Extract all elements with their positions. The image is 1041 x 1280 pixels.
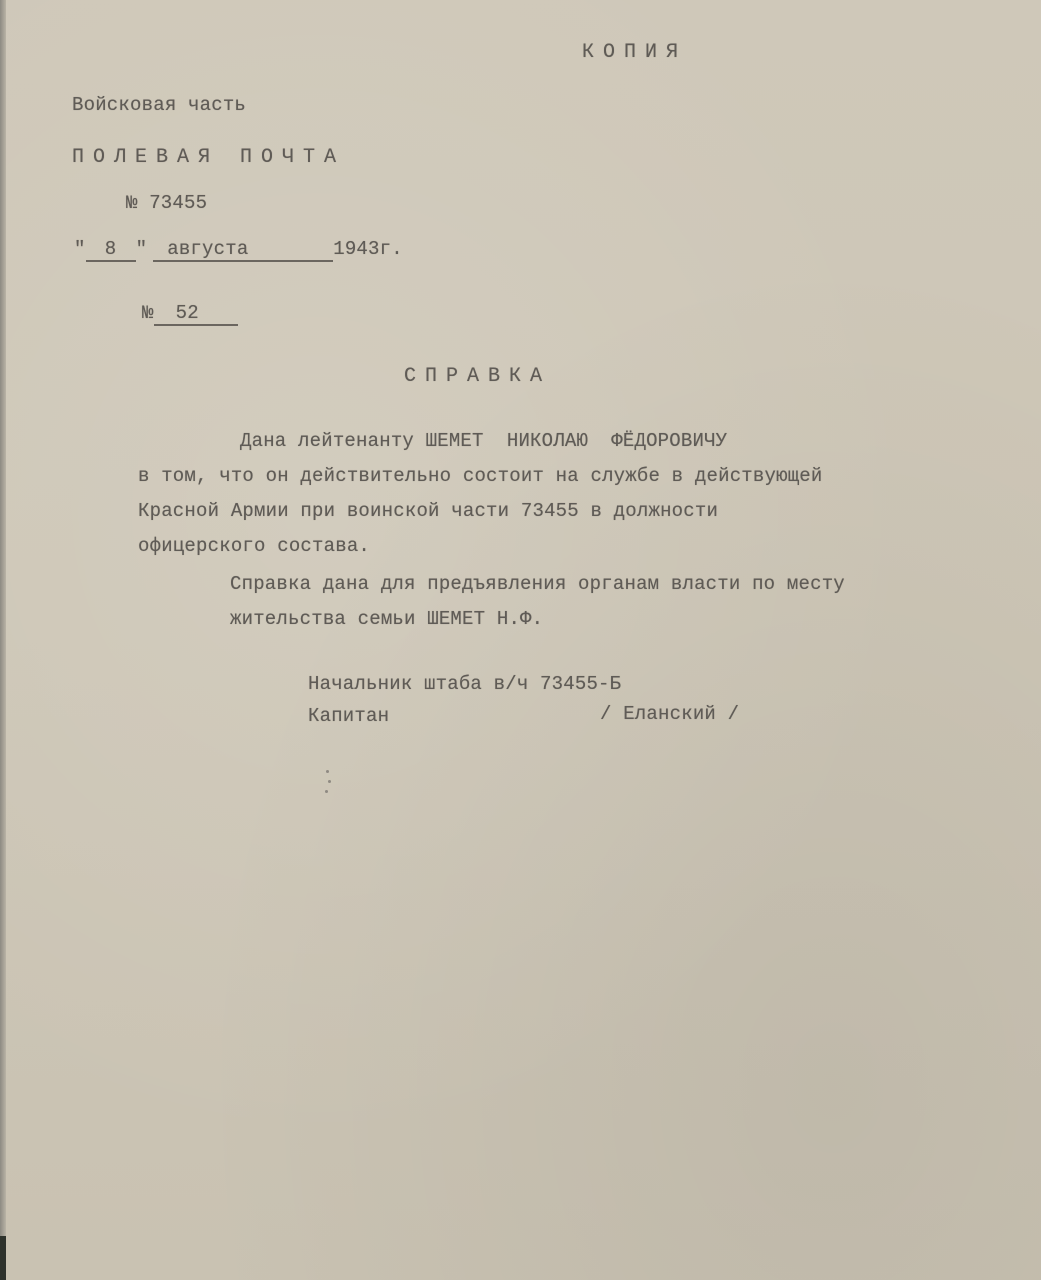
date-close-quote: " (136, 238, 148, 260)
body-line-5: Справка дана для предъявления органам вл… (230, 573, 845, 595)
paper-speck (326, 770, 329, 773)
document-number: №52 (142, 302, 238, 326)
body-line-1: Дана лейтенанту ШЕМЕТ НИКОЛАЮ ФЁДОРОВИЧУ (240, 430, 727, 452)
document-page: КОПИЯ Войсковая часть ПОЛЕВАЯ ПОЧТА № 73… (6, 0, 1041, 1280)
copy-label: КОПИЯ (582, 41, 687, 64)
military-unit-label: Войсковая часть (72, 94, 246, 116)
body-line-4: офицерского состава. (138, 535, 370, 557)
document-number-value: 52 (154, 304, 238, 326)
date-year: 1943г. (333, 238, 403, 260)
document-number-prefix: № (142, 302, 154, 324)
signatory-name: / Еланский / (600, 703, 739, 725)
date-day: 8 (86, 240, 136, 262)
paper-speck (325, 790, 328, 793)
signatory-position: Начальник штаба в/ч 73455-Б (308, 673, 621, 695)
field-post-number: № 73455 (126, 192, 207, 214)
date-open-quote: " (74, 238, 86, 260)
document-date: "8"августа1943г. (74, 238, 403, 262)
date-month: августа (153, 240, 333, 262)
document-title: СПРАВКА (404, 365, 551, 388)
field-post-label: ПОЛЕВАЯ ПОЧТА (72, 146, 345, 169)
body-line-6: жительства семьи ШЕМЕТ Н.Ф. (230, 608, 543, 630)
body-line-3: Красной Армии при воинской части 73455 в… (138, 500, 718, 522)
signatory-rank: Капитан (308, 705, 389, 727)
body-line-2: в том, что он действительно состоит на с… (138, 465, 823, 487)
paper-speck (328, 780, 331, 783)
